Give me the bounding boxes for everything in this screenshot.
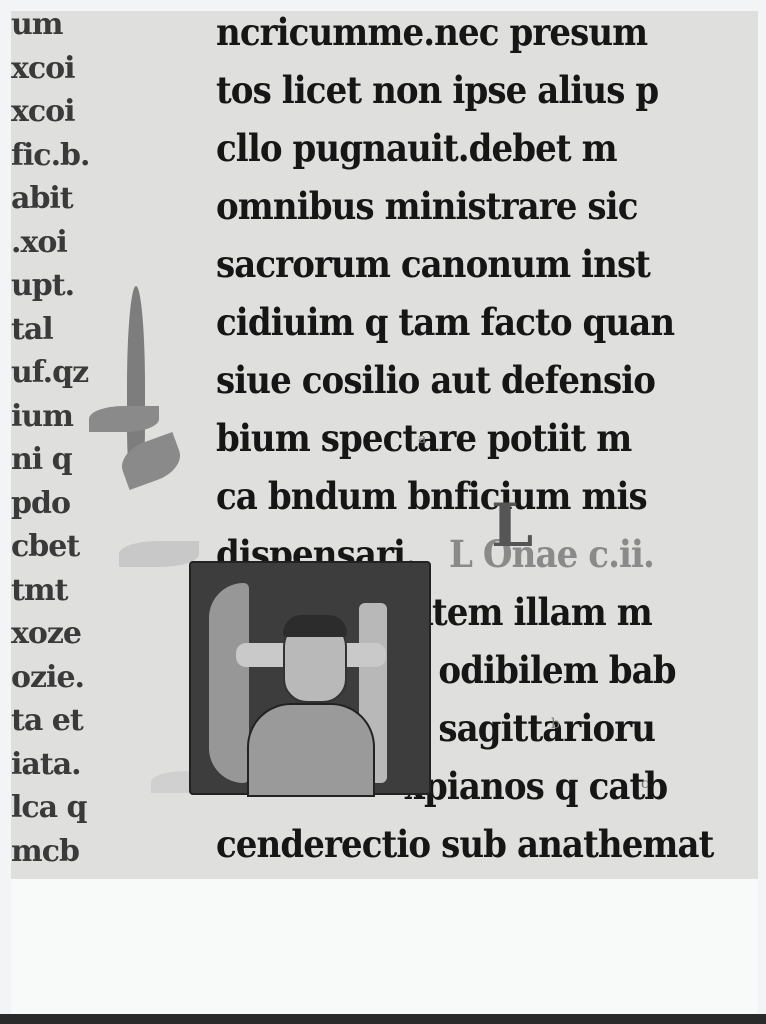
text-line: siue cosilio aut defensio bbox=[216, 351, 731, 409]
left-line: mcb bbox=[11, 830, 101, 874]
text-line: bium spectare potiit m bbox=[216, 409, 731, 467]
left-line: ozie. bbox=[11, 656, 101, 700]
text-line: cllo pugnauit.debet m bbox=[216, 119, 731, 177]
left-line: ta et bbox=[11, 699, 101, 743]
cleric-figure-tonsure bbox=[283, 615, 347, 637]
left-line: ni q bbox=[11, 438, 101, 482]
historiated-initial bbox=[189, 561, 431, 795]
text-line: sacrorum canonum inst bbox=[216, 235, 731, 293]
foliage-leaf-icon bbox=[119, 541, 199, 567]
gloss-letter: a bbox=[418, 431, 426, 447]
left-line: tal bbox=[11, 308, 101, 352]
foliage-leaf-icon bbox=[89, 406, 159, 432]
photo-mount-card bbox=[11, 879, 758, 1014]
left-line: ium bbox=[11, 395, 101, 439]
manuscript-photograph: um xcoi xcoi fic.b. abit .xoi upt. tal u… bbox=[11, 11, 758, 879]
text-line: omnibus ministrare sic bbox=[216, 177, 731, 235]
left-line: uf.qz bbox=[11, 351, 101, 395]
text-line: tos licet non ipse alius p bbox=[216, 61, 731, 119]
gloss-letter: c bbox=[641, 776, 649, 792]
left-line: tmt bbox=[11, 569, 101, 613]
left-line: abit bbox=[11, 177, 101, 221]
cleric-figure-robe bbox=[247, 703, 375, 797]
left-line: .xoi bbox=[11, 221, 101, 265]
left-line: xoze bbox=[11, 612, 101, 656]
left-line: fic.b. bbox=[11, 134, 101, 178]
left-line: um bbox=[11, 11, 101, 47]
left-line: xcoi bbox=[11, 47, 101, 91]
text-line: ca bndum bnficium mis bbox=[216, 467, 731, 525]
decorated-initial-L: L bbox=[491, 491, 533, 561]
text-line: ncricumme.nec presum bbox=[216, 11, 731, 61]
initial-letter-stroke bbox=[209, 583, 249, 783]
left-line: cbet bbox=[11, 525, 101, 569]
text-line: cenderectio sub anathemat bbox=[216, 815, 731, 873]
photo-border-top bbox=[0, 0, 766, 11]
left-line: upt. bbox=[11, 264, 101, 308]
left-line: xcoi bbox=[11, 90, 101, 134]
left-line: pdo bbox=[11, 482, 101, 526]
rubric-heading: L Onae c.ii. bbox=[449, 532, 654, 576]
gloss-letter: b bbox=[551, 716, 560, 732]
left-line: iata. bbox=[11, 743, 101, 787]
text-line: cidiuim q tam facto quan bbox=[216, 293, 731, 351]
bottom-edge bbox=[0, 1014, 766, 1024]
left-line: lca q bbox=[11, 786, 101, 830]
left-text-column: um xcoi xcoi fic.b. abit .xoi upt. tal u… bbox=[11, 11, 101, 873]
